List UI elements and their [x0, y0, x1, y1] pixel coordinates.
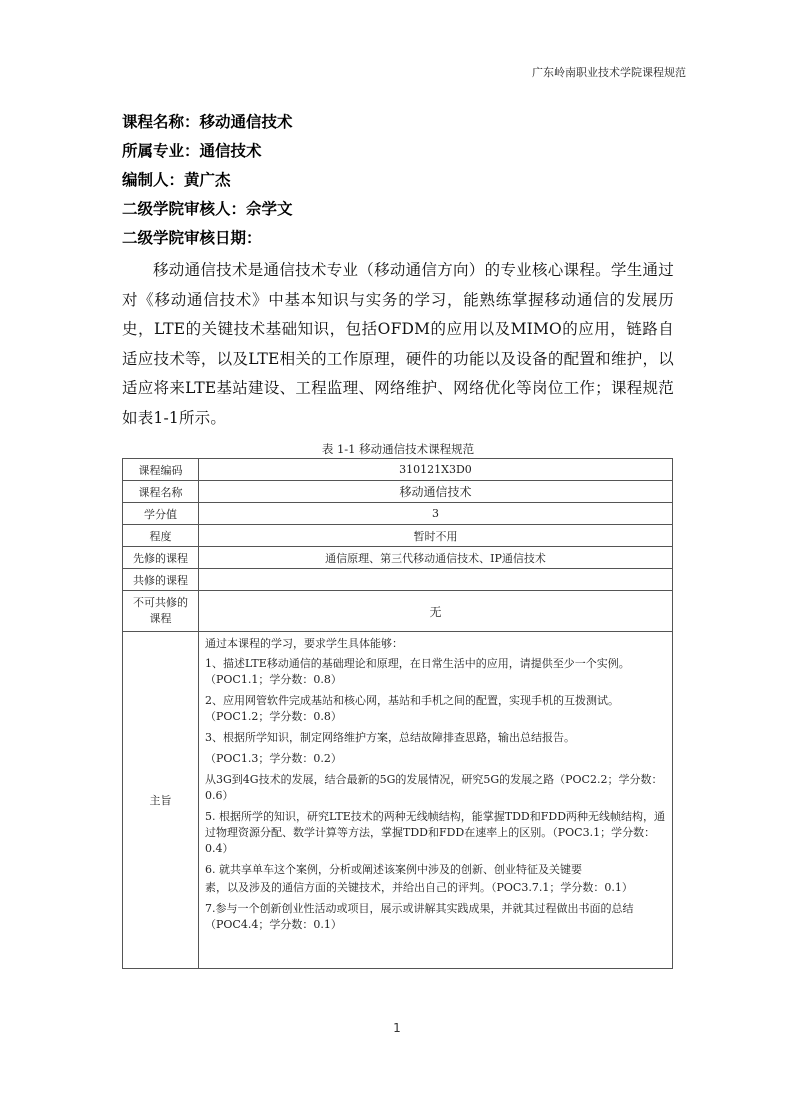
goal-line: 1、描述LTE移动通信的基础理论和原理，在日常生活中的应用，请提供至少一个实例。… [205, 656, 666, 688]
row-label: 课程编码 [123, 459, 199, 481]
table-row: 共修的课程 [123, 569, 673, 591]
prerequisite-value: 通信原理、第三代移动通信技术、IP通信技术 [199, 547, 673, 569]
goal-line: 从3G到4G技术的发展，结合最新的5G的发展情况，研究5G的发展之路（POC2.… [205, 772, 666, 804]
page-number: 1 [0, 1021, 794, 1035]
table-caption: 表 1-1 移动通信技术课程规范 [122, 441, 674, 457]
author-line: 编制人：黄广杰 [122, 166, 293, 195]
table-row: 先修的课程 通信原理、第三代移动通信技术、IP通信技术 [123, 547, 673, 569]
table-row: 学分值 3 [123, 503, 673, 525]
major-line: 所属专业：通信技术 [122, 137, 293, 166]
course-name-value: 移动通信技术 [199, 481, 673, 503]
table-row: 程度 暂时不用 [123, 525, 673, 547]
goal-label: 主旨 [123, 632, 199, 969]
goal-line: 3、根据所学知识，制定网络维护方案，总结故障排查思路，输出总结报告。 [205, 730, 666, 746]
intro-paragraph: 移动通信技术是通信技术专业（移动通信方向）的专业核心课程。学生通过对《移动通信技… [122, 256, 674, 433]
row-label: 先修的课程 [123, 547, 199, 569]
table-row-goal: 主旨 通过本课程的学习，要求学生具体能够： 1、描述LTE移动通信的基础理论和原… [123, 632, 673, 969]
row-label: 不可共修的课程 [123, 591, 199, 632]
row-label: 学分值 [123, 503, 199, 525]
table-row: 课程编码 310121X3D0 [123, 459, 673, 481]
table-row: 不可共修的课程 无 [123, 591, 673, 632]
level-value: 暂时不用 [199, 525, 673, 547]
course-code-value: 310121X3D0 [199, 459, 673, 481]
document-header: 广东岭南职业技术学院课程规范 [532, 64, 686, 80]
corequisite-value [199, 569, 673, 591]
table-row: 课程名称 移动通信技术 [123, 481, 673, 503]
course-name-line: 课程名称：移动通信技术 [122, 108, 293, 137]
course-meta: 课程名称：移动通信技术 所属专业：通信技术 编制人：黄广杰 二级学院审核人：佘学… [122, 108, 293, 253]
goal-content: 通过本课程的学习，要求学生具体能够： 1、描述LTE移动通信的基础理论和原理，在… [199, 632, 673, 969]
goal-line: （POC1.3；学分数：0.2） [205, 751, 666, 767]
row-label: 程度 [123, 525, 199, 547]
row-label: 共修的课程 [123, 569, 199, 591]
credit-value: 3 [199, 503, 673, 525]
review-date-line: 二级学院审核日期： [122, 224, 293, 253]
row-label: 课程名称 [123, 481, 199, 503]
goal-line: 6. 就共享单车这个案例，分析或阐述该案例中涉及的创新、创业特征及关键要 [205, 862, 666, 878]
course-spec-table: 课程编码 310121X3D0 课程名称 移动通信技术 学分值 3 程度 暂时不… [122, 458, 673, 969]
goal-line: 通过本课程的学习，要求学生具体能够： [205, 636, 666, 652]
goal-line: 2、应用网管软件完成基站和核心网，基站和手机之间的配置，实现手机的互拨测试。（P… [205, 693, 666, 725]
goal-line: 5. 根据所学的知识，研究LTE技术的两种无线帧结构，能掌握TDD和FDD两种无… [205, 809, 666, 857]
goal-line: 7.参与一个创新创业性活动或项目，展示或讲解其实践成果，并就其过程做出书面的总结… [205, 901, 666, 933]
goal-line: 素，以及涉及的通信方面的关键技术，并给出自己的评判。（POC3.7.1；学分数：… [205, 880, 666, 896]
reviewer-line: 二级学院审核人：佘学文 [122, 195, 293, 224]
exclusion-value: 无 [199, 591, 673, 632]
